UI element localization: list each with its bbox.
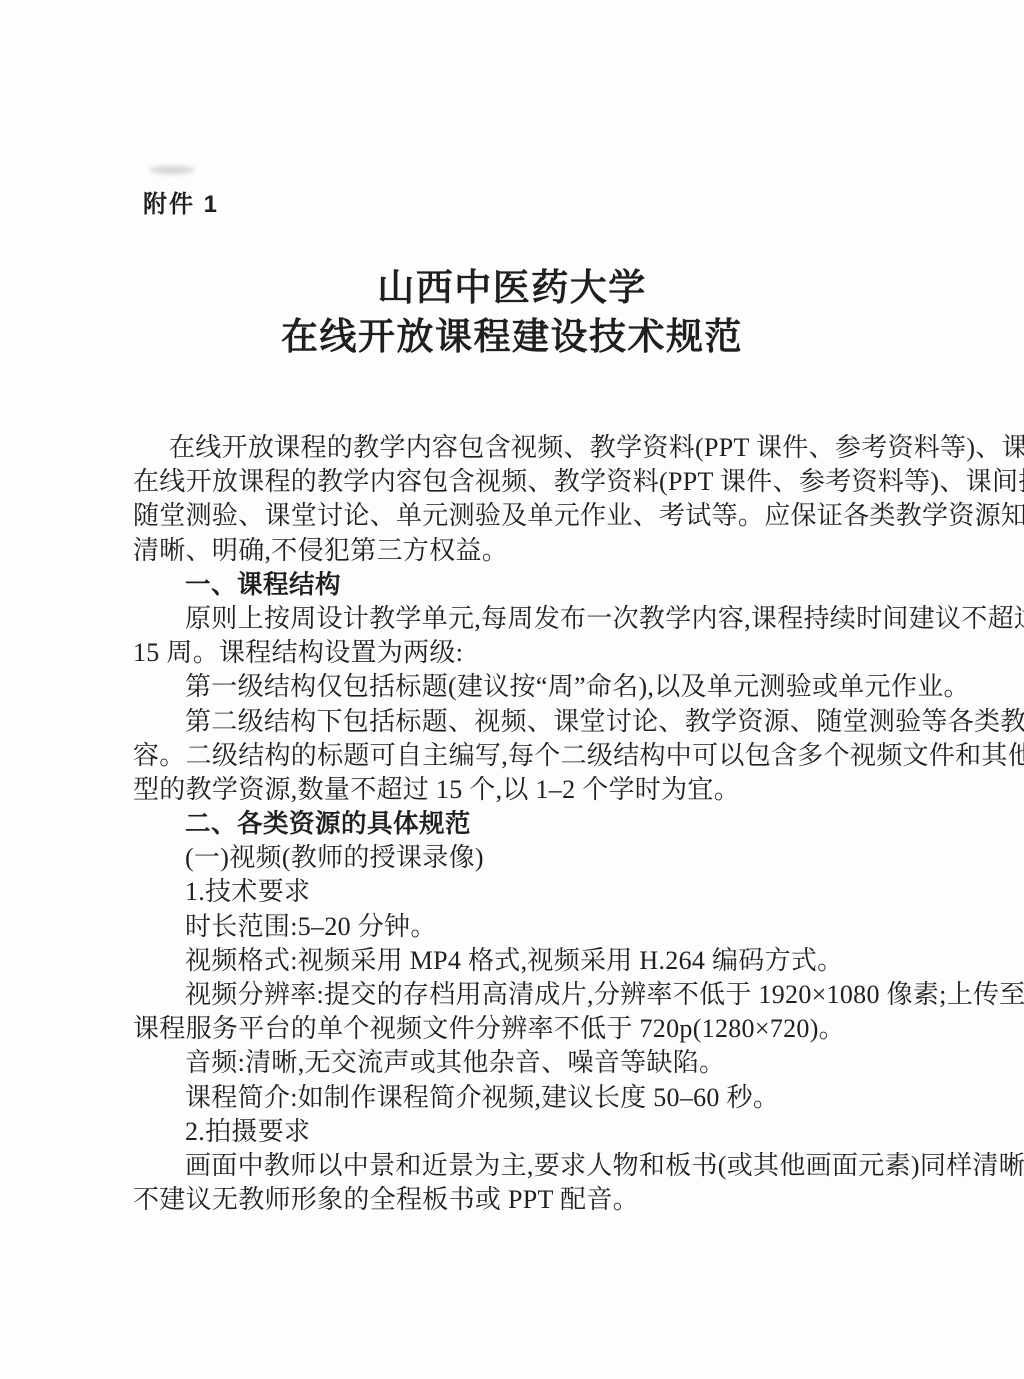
- text-line: 15 周。课程结构设置为两级:: [133, 636, 908, 670]
- document-title: 山西中医药大学 在线开放课程建设技术规范: [0, 264, 1024, 362]
- scan-artifact: [149, 166, 195, 174]
- text-line: 型的教学资源,数量不超过 15 个,以 1–2 个学时为宜。: [133, 773, 908, 807]
- text-line: 视频格式:视频采用 MP4 格式,视频采用 H.264 编码方式。: [133, 944, 908, 978]
- text-line: 原则上按周设计教学单元,每周发布一次教学内容,课程持续时间建议不超过: [133, 602, 908, 636]
- text-line: 时长范围:5–20 分钟。: [133, 910, 908, 944]
- text-line: (一)视频(教师的授课录像): [133, 841, 908, 875]
- text-line: 容。二级结构的标题可自主编写,每个二级结构中可以包含多个视频文件和其他类: [133, 739, 908, 773]
- text-line: 不建议无教师形象的全程板书或 PPT 配音。: [133, 1183, 908, 1217]
- section-heading: 一、课程结构: [133, 568, 908, 602]
- text-line: 1.技术要求: [133, 875, 908, 909]
- document-body: 在线开放课程的教学内容包含视频、教学资料(PPT 课件、参考资料等)、课间提在线…: [133, 431, 908, 1217]
- text-line: 课程服务平台的单个视频文件分辨率不低于 720p(1280×720)。: [133, 1012, 908, 1046]
- text-line: 在线开放课程的教学内容包含视频、教学资料(PPT 课件、参考资料等)、课间提问、: [133, 465, 908, 499]
- text-line: 第二级结构下包括标题、视频、课堂讨论、教学资源、随堂测验等各类教学内: [133, 705, 908, 739]
- section-heading: 二、各类资源的具体规范: [133, 807, 908, 841]
- attachment-label: 附件 1: [143, 184, 219, 219]
- text-line: 音频:清晰,无交流声或其他杂音、噪音等缺陷。: [133, 1046, 908, 1080]
- title-line-2: 在线开放课程建设技术规范: [281, 317, 743, 358]
- text-line: 画面中教师以中景和近景为主,要求人物和板书(或其他画面元素)同样清晰,: [133, 1149, 908, 1183]
- text-line: 课程简介:如制作课程简介视频,建议长度 50–60 秒。: [133, 1081, 908, 1115]
- document-page: 附件 1 山西中医药大学 在线开放课程建设技术规范 在线开放课程的教学内容包含视…: [0, 0, 1024, 1379]
- text-line: 清晰、明确,不侵犯第三方权益。: [133, 534, 908, 568]
- text-line: 随堂测验、课堂讨论、单元测验及单元作业、考试等。应保证各类教学资源知识产权: [133, 499, 908, 533]
- text-line: 第一级结构仅包括标题(建议按“周”命名),以及单元测验或单元作业。: [133, 670, 908, 704]
- text-line: 2.拍摄要求: [133, 1115, 908, 1149]
- text-line: 在线开放课程的教学内容包含视频、教学资料(PPT 课件、参考资料等)、课间提: [133, 431, 908, 465]
- title-line-1: 山西中医药大学: [377, 268, 647, 309]
- text-line: 视频分辨率:提交的存档用高清成片,分辨率不低于 1920×1080 像素;上传至: [133, 978, 908, 1012]
